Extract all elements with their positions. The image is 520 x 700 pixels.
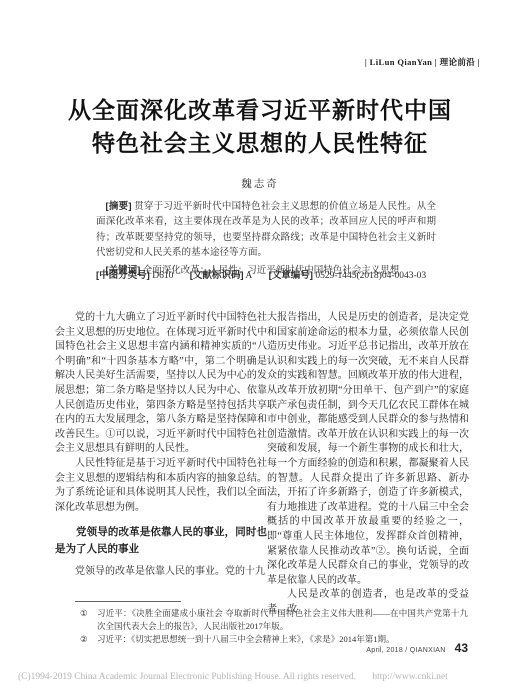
- article-title-line2: 特色社会主义思想的人民性特征: [0, 127, 520, 160]
- article-id-label: [文章编号]: [269, 270, 313, 281]
- document-code-label: [文献标识码]: [190, 270, 244, 281]
- article-id: [文章编号] 0529-1445(2018)04-0043-03: [269, 271, 427, 281]
- page-footer: April, 2018 / QIANXIAN 43: [366, 641, 468, 655]
- copyright-text: (C)1994-2019 China Academic Journal Elec…: [18, 672, 356, 682]
- copyright-url: http://www.cnki.net: [372, 672, 447, 682]
- footnote-item: ① 习近平：《决胜全面建成小康社会 夺取新时代中国特色社会主义伟大胜利——在中国…: [80, 607, 468, 633]
- author-name: 魏志奇: [0, 176, 520, 191]
- issue-info: April, 2018 / QIANXIAN: [366, 647, 445, 654]
- clc-number: [中图分类号] D610: [96, 271, 173, 281]
- footnote-separator: [75, 601, 181, 602]
- clc-label: [中图分类号]: [96, 270, 150, 281]
- article-id-value: 0529-1445(2018)04-0043-03: [313, 271, 426, 281]
- body-column-left: 党的十九大确立了习近平新时代中国特色社会主义思想的历史地位。在体现习近平新时代中…: [55, 311, 267, 580]
- paper-page: | LiLun QianYan | 理论前沿 | 从全面深化改革看习近平新时代中…: [0, 0, 520, 700]
- journal-section-tag: | LiLun QianYan | 理论前沿 |: [365, 56, 480, 68]
- article-title-line1: 从全面深化改革看习近平新时代中国: [0, 94, 520, 127]
- abstract-text: 贯穿于习近平新时代中国特色社会主义思想的价值立场是人民性。从全面深化改革来看，这…: [96, 202, 436, 258]
- document-code-value: A: [244, 271, 253, 281]
- document-code: [文献标识码] A: [190, 271, 253, 281]
- footnote-text: 习近平：《决胜全面建成小康社会 夺取新时代中国特色社会主义伟大胜利——在中国共产…: [97, 607, 468, 633]
- abstract-label: [摘要]: [106, 201, 132, 212]
- body-paragraph: 党领导的改革是依靠人民的事业。党的十九: [55, 565, 267, 580]
- clc-value: D610: [150, 271, 174, 281]
- footnote-number: ②: [80, 633, 97, 646]
- classification-line: [中图分类号] D610 [文献标识码] A [文章编号] 0529-1445(…: [96, 267, 456, 281]
- abstract: [摘要] 贯穿于习近平新时代中国特色社会主义思想的价值立场是人民性。从全面深化改…: [96, 199, 436, 261]
- body-paragraph: 人民性特征是基于习近平新时代中国特色社会主义思想的逻辑结构和本质内容的抽象总结。…: [55, 457, 267, 515]
- article-title: 从全面深化改革看习近平新时代中国 特色社会主义思想的人民性特征: [0, 94, 520, 160]
- page-number: 43: [455, 641, 468, 655]
- body-paragraph: 党的十九大确立了习近平新时代中国特色社会主义思想的历史地位。在体现习近平新时代中…: [55, 311, 267, 457]
- body-paragraph: 大报告指出，人民是历史的创造者，是决定党和国家前途命运的根本力量，必须依靠人民创…: [267, 311, 469, 588]
- section-heading: 党领导的改革是依靠人民的事业，同时也是为了人民的事业: [55, 524, 267, 557]
- copyright-notice: (C)1994-2019 China Academic Journal Elec…: [18, 672, 510, 682]
- footnote-number: ①: [80, 607, 97, 633]
- body-column-right: 大报告指出，人民是历史的创造者，是决定党和国家前途命运的根本力量，必须依靠人民创…: [267, 311, 469, 617]
